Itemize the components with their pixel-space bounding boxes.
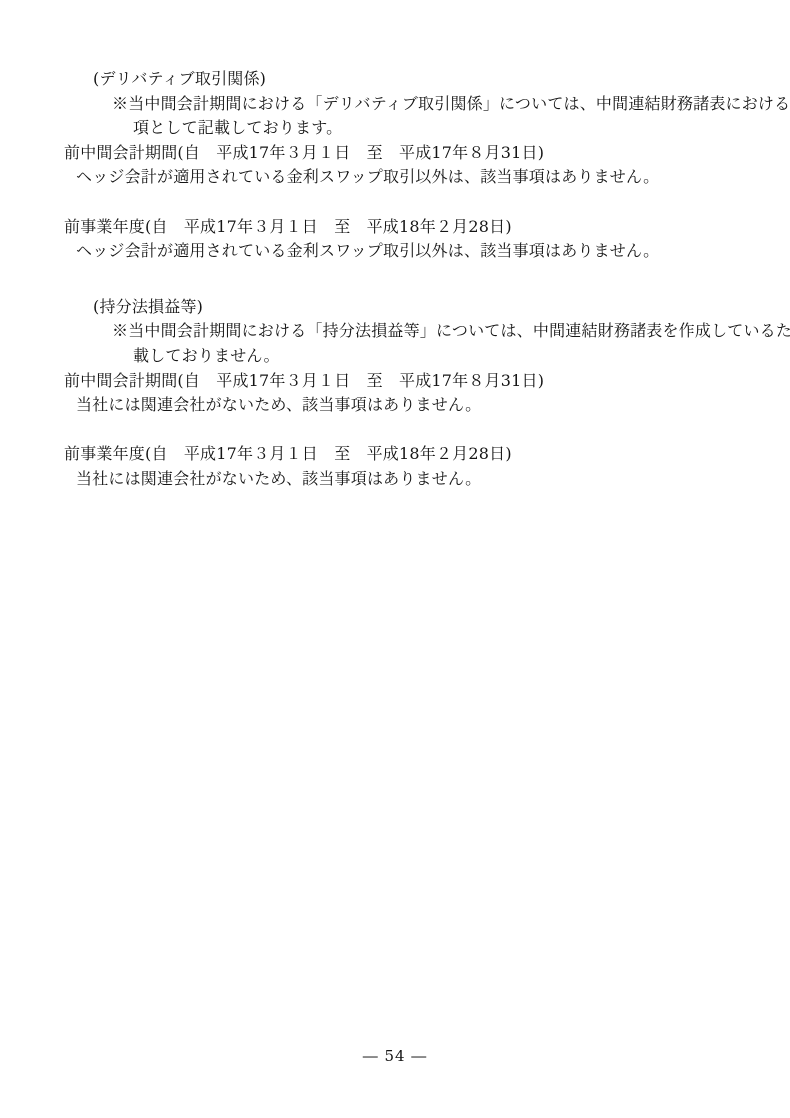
section-heading: (持分法損益等) — [64, 295, 726, 320]
period-line: 前中間会計期間(自 平成17年３月１日 至 平成17年８月31日) — [64, 369, 726, 394]
document-page: (デリバティブ取引関係) ※当中間会計期間における「デリバティブ取引関係」につい… — [0, 0, 790, 1118]
section-derivative-transactions: (デリバティブ取引関係) ※当中間会計期間における「デリバティブ取引関係」につい… — [64, 67, 726, 264]
note-line: ※当中間会計期間における「デリバティブ取引関係」については、中間連結財務諸表にお… — [64, 92, 726, 117]
page-footer: ― 54 ― — [0, 1044, 790, 1068]
period-line: 前事業年度(自 平成17年３月１日 至 平成18年２月28日) — [64, 442, 726, 467]
note-continuation-line: 項として記載しております。 — [64, 116, 726, 141]
section-equity-method: (持分法損益等) ※当中間会計期間における「持分法損益等」については、中間連結財… — [64, 295, 726, 492]
section-heading: (デリバティブ取引関係) — [64, 67, 726, 92]
statement-line: ヘッジ会計が適用されている金利スワップ取引以外は、該当事項はありません。 — [64, 165, 726, 190]
statement-line: ヘッジ会計が適用されている金利スワップ取引以外は、該当事項はありません。 — [64, 239, 726, 264]
period-line: 前事業年度(自 平成17年３月１日 至 平成18年２月28日) — [64, 215, 726, 240]
note-line: ※当中間会計期間における「持分法損益等」については、中間連結財務諸表を作成してい… — [64, 319, 726, 344]
page-number: ― 54 ― — [363, 1047, 428, 1065]
note-continuation-line: 載しておりません。 — [64, 344, 726, 369]
page-content: (デリバティブ取引関係) ※当中間会計期間における「デリバティブ取引関係」につい… — [64, 67, 726, 492]
statement-line: 当社には関連会社がないため、該当事項はありません。 — [64, 467, 726, 492]
period-line: 前中間会計期間(自 平成17年３月１日 至 平成17年８月31日) — [64, 141, 726, 166]
statement-line: 当社には関連会社がないため、該当事項はありません。 — [64, 393, 726, 418]
